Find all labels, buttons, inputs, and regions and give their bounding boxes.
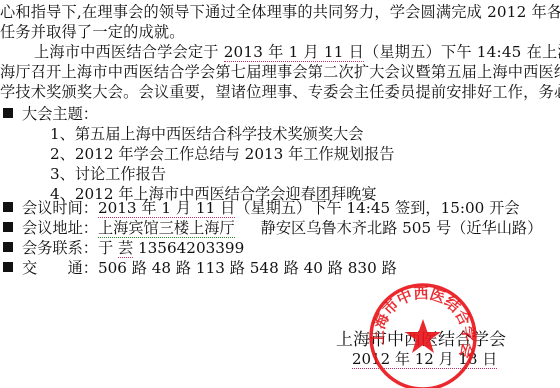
meeting-time-row: 会议时间：2013 年 1 月 11 日（星期五）下午 14:45 签到，15:… (3, 198, 520, 218)
contact-phone: 13564203399 (133, 239, 244, 257)
meeting-time-label: 会议时间： (22, 199, 98, 217)
theme-item-1: 1、第五届上海中西医结合科学技术奖颁奖大会 (50, 124, 363, 144)
meeting-venue: 上海宾馆三楼上海厅 (98, 219, 235, 238)
square-bullet-icon (3, 242, 13, 252)
meeting-address-label: 会议地址： (22, 219, 98, 237)
paragraph-2-line-3: 学技术奖颁奖大会。会议重要，望诸位理事、专委会主任委员提前安排好工作，务必准时出… (0, 82, 560, 102)
transport-row: 交 通：506 路 48 路 113 路 548 路 40 路 830 路 (3, 258, 397, 278)
signature-date-text: 2012 年 12 月 18 日 (352, 350, 497, 369)
square-bullet-icon (3, 262, 13, 272)
meeting-date-underlined: 2013 年 1 月 11 日 (224, 43, 364, 62)
meeting-time-date: 2013 年 1 月 11 日 (98, 199, 235, 218)
contact-surname: 于 (98, 239, 118, 257)
theme-item-3: 3、讨论工作报告 (50, 164, 166, 184)
square-bullet-icon (3, 108, 13, 118)
theme-heading: 大会主题： (3, 104, 98, 124)
square-bullet-icon (3, 222, 13, 232)
meeting-address-row: 会议地址：上海宾馆三楼上海厅静安区乌鲁木齐北路 505 号（近华山路） (3, 218, 542, 238)
contact-given-name: 芸 (118, 239, 133, 258)
theme-label: 大会主题： (22, 104, 98, 124)
paragraph-1-line-1: 心和指导下,在理事会的领导下通过全体理事的共同努力，学会圆满完成 2012 年各… (0, 2, 560, 22)
contact-label: 会务联系： (22, 239, 98, 257)
paragraph-2-prefix: 上海市中西医结合学会定于 (34, 43, 224, 61)
meeting-street: 静安区乌鲁木齐北路 505 号（近华山路） (261, 219, 543, 237)
paragraph-2-line-1: 上海市中西医结合学会定于 2013 年 1 月 11 日（星期五）下午 14:4… (34, 42, 560, 62)
paragraph-1-line-2: 任务并取得了一定的成就。 (0, 22, 185, 42)
theme-item-2: 2、2012 年学会工作总结与 2013 年工作规划报告 (50, 144, 394, 164)
meeting-time-rest: （星期五）下午 14:45 签到，15:00 开会 (235, 199, 519, 217)
signature-organization: 上海市中西医结合学会 (336, 330, 506, 350)
transport-label: 交 通： (22, 259, 98, 277)
contact-row: 会务联系：于 芸 13564203399 (3, 238, 244, 258)
transport-routes: 506 路 48 路 113 路 548 路 40 路 830 路 (98, 259, 397, 277)
paragraph-2-line-2: 海厅召开上海市中西医结合学会第七届理事会第二次扩大会议暨第五届上海中西医结合科 (0, 62, 560, 82)
square-bullet-icon (3, 202, 13, 212)
signature-date: 2012 年 12 月 18 日 (352, 349, 497, 369)
paragraph-2-suffix: （星期五）下午 14:45 在上海宾馆上 (364, 43, 560, 61)
